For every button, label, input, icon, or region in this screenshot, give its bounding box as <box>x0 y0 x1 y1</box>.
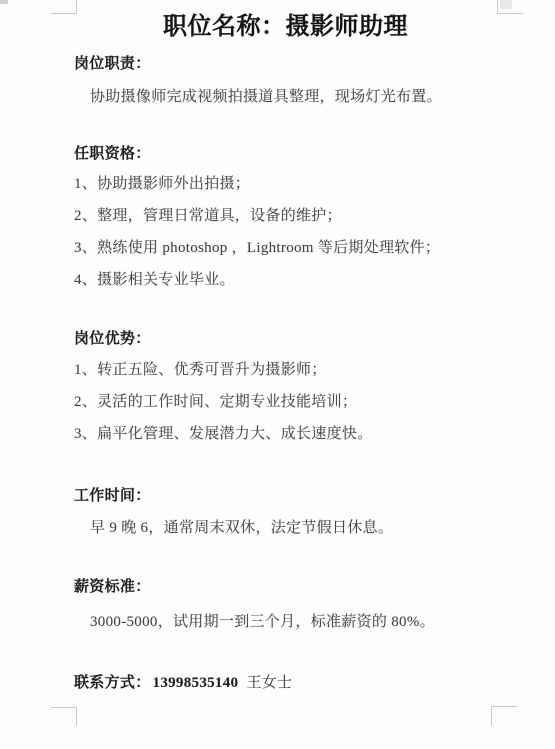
contact-line: 联系方式：13998535140王女士 <box>0 674 555 692</box>
salary-paragraph: 3000-5000，试用期一到三个月，标准薪资的 80%。 <box>0 613 555 631</box>
section-heading-salary: 薪资标准： <box>0 578 555 596</box>
section-heading-responsibilities: 岗位职责： <box>0 55 555 73</box>
qualification-item: 1、协助摄影师外出拍摄； <box>0 175 555 193</box>
qualification-item: 3、熟练使用 photoshop ，Lightroom 等后期处理软件； <box>0 239 555 257</box>
text-boundary-mark-top-right <box>497 0 523 14</box>
contact-label: 联系方式： <box>74 675 151 691</box>
page-title: 职位名称：摄影师助理 <box>74 0 497 42</box>
responsibilities-paragraph: 协助摄像师完成视频拍摄道具整理，现场灯光布置。 <box>0 88 555 106</box>
document-page: 职位名称：摄影师助理 岗位职责： 协助摄像师完成视频拍摄道具整理，现场灯光布置。… <box>0 0 555 749</box>
section-heading-qualifications: 任职资格： <box>0 145 555 163</box>
section-heading-advantages: 岗位优势： <box>0 330 555 348</box>
working-hours-paragraph: 早 9 晚 6，通常周末双休，法定节假日休息。 <box>0 519 555 537</box>
contact-name: 王女士 <box>246 675 292 691</box>
photo-artifact-top-left <box>0 0 8 4</box>
text-boundary-mark-bottom-right <box>491 706 517 726</box>
qualification-item: 2、整理，管理日常道具，设备的维护； <box>0 207 555 225</box>
advantage-item: 2、灵活的工作时间、定期专业技能培训； <box>0 393 555 411</box>
section-heading-working-hours: 工作时间： <box>0 487 555 505</box>
contact-phone: 13998535140 <box>153 675 239 691</box>
qualification-item: 4、摄影相关专业毕业。 <box>0 271 555 289</box>
advantage-item: 3、扁平化管理、发展潜力大、成长速度快。 <box>0 425 555 443</box>
text-boundary-mark-top-left <box>51 0 77 14</box>
advantage-item: 1、转正五险、优秀可晋升为摄影师； <box>0 361 555 379</box>
text-boundary-mark-bottom-left <box>51 707 77 726</box>
